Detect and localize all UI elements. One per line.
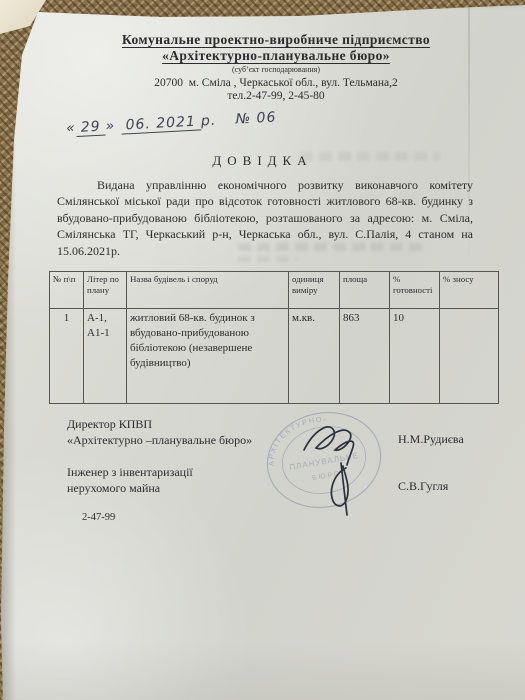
col-header-readiness: % готовності [390, 272, 440, 309]
letterhead: Комунальне проектно-виробниче підприємст… [45, 32, 507, 102]
cell-number: 1 [50, 309, 84, 404]
signature-director-scribble [304, 427, 354, 465]
engineer-role: Інженер з інвентаризації нерухомого майн… [67, 464, 307, 496]
org-name-line2: «Архітектурно-планувальне бюро» [45, 48, 507, 64]
table-row: 1 А-1, А1-1 житловий 68-кв. будинок з вб… [50, 309, 499, 404]
org-subtitle: (суб’єкт господарювання) [45, 65, 507, 74]
hw-close-quote: » [105, 118, 115, 134]
director-role: Директор КПВП «Архітектурно –планувальне… [67, 416, 307, 448]
cell-unit: м.кв. [289, 309, 340, 404]
document-paper: Комунальне проектно-виробниче підприємст… [0, 0, 525, 700]
hw-day: 29 [75, 118, 106, 137]
col-header-building-name: Назва будівель і споруд [127, 272, 289, 309]
director-name: Н.М.Рудиєва [398, 432, 464, 447]
cell-wear [440, 309, 499, 404]
col-header-unit: одиниця виміру [289, 272, 340, 309]
org-phones: тел.2-47-99, 2-45-80 [45, 90, 507, 102]
cell-building-name: житловий 68-кв. будинок з вбудовано-приб… [127, 309, 289, 404]
org-address: 20700 м. Сміла , Черкаської обл., вул. Т… [45, 77, 507, 89]
hw-doc-number: № 06 [235, 110, 277, 128]
signature-engineer-scribble [331, 463, 348, 515]
handwritten-date-number: «29» 06. 2021р. № 06 [66, 110, 277, 137]
cell-letter: А-1, А1-1 [84, 309, 127, 404]
table-header-row: № п\п Літер по плану Назва будівель і сп… [50, 272, 499, 309]
readiness-table: № п\п Літер по плану Назва будівель і сп… [49, 271, 499, 404]
col-header-wear: % зносу [440, 272, 499, 309]
col-header-number: № п\п [50, 272, 84, 309]
engineer-name: С.В.Гугля [398, 479, 448, 494]
cell-area: 863 [340, 309, 390, 404]
footer-phone: 2-47-99 [82, 512, 115, 523]
document-body-paragraph: Видана управлінню економічного розвитку … [57, 177, 473, 259]
col-header-area: площа [340, 272, 390, 309]
cell-readiness: 10 [390, 309, 440, 404]
col-header-letter: Літер по плану [84, 272, 127, 309]
hw-year-suffix: р. [200, 113, 216, 130]
org-name-line1: Комунальне проектно-виробниче підприємст… [45, 32, 507, 48]
hw-open-quote: « [66, 120, 76, 136]
photo-of-document: Комунальне проектно-виробниче підприємст… [0, 0, 525, 700]
hw-month-year: 06. 2021 [120, 113, 201, 134]
document-title: ДОВІДКА [0, 153, 525, 169]
